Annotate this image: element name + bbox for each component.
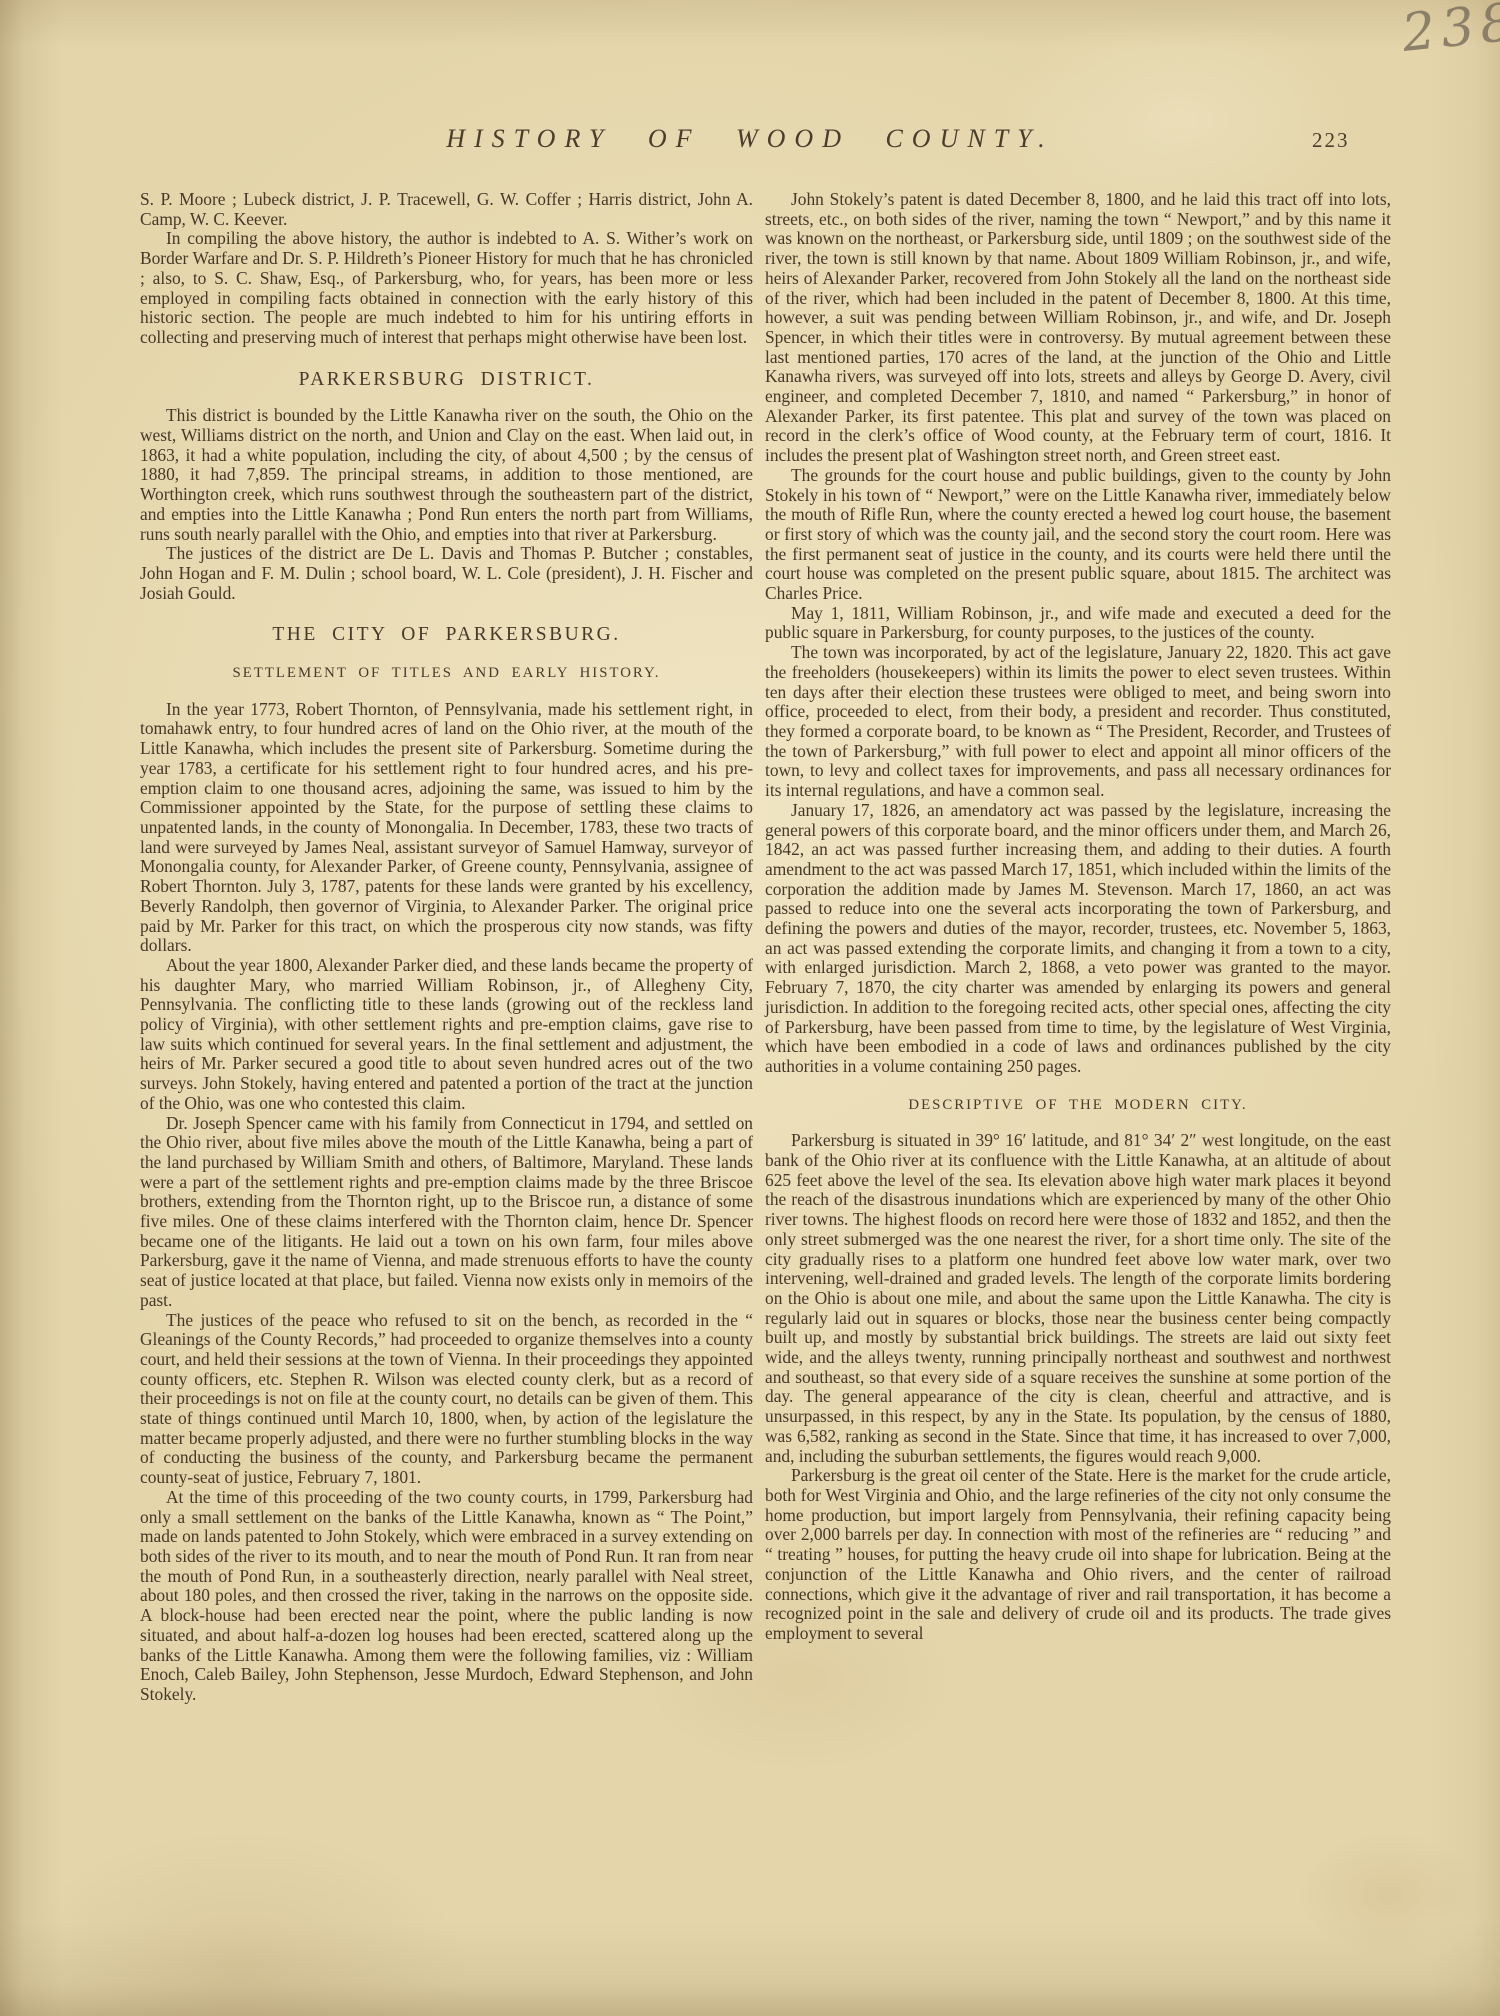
paragraph: May 1, 1811, William Robinson, jr., and … (765, 604, 1391, 643)
handwritten-page-note: 238 (1399, 0, 1500, 64)
paragraph: In the year 1773, Robert Thornton, of Pe… (140, 700, 753, 956)
paragraph: The grounds for the court house and publ… (765, 466, 1391, 604)
subsection-heading: DESCRIPTIVE OF THE MODERN CITY. (765, 1096, 1391, 1116)
paragraph: The town was incorporated, by act of the… (765, 643, 1391, 801)
paragraph: This district is bounded by the Little K… (140, 406, 753, 544)
paragraph: In compiling the above history, the auth… (140, 229, 753, 347)
paragraph: The justices of the peace who refused to… (140, 1311, 753, 1488)
left-text-column: S. P. Moore ; Lubeck district, J. P. Tra… (140, 190, 753, 1705)
paragraph: Dr. Joseph Spencer came with his family … (140, 1114, 753, 1311)
subsection-heading: SETTLEMENT OF TITLES AND EARLY HISTORY. (140, 664, 753, 684)
section-heading: THE CITY OF PARKERSBURG. (140, 625, 753, 645)
paragraph: Parkersburg is situated in 39° 16′ latit… (765, 1131, 1391, 1466)
paragraph: The justices of the district are De L. D… (140, 544, 753, 603)
paragraph: John Stokely’s patent is dated December … (765, 190, 1391, 466)
paragraph: About the year 1800, Alexander Parker di… (140, 956, 753, 1114)
section-heading: PARKERSBURG DISTRICT. (140, 370, 753, 390)
paragraph: S. P. Moore ; Lubeck district, J. P. Tra… (140, 190, 753, 229)
paragraph: Parkersburg is the great oil center of t… (765, 1466, 1391, 1643)
running-title: HISTORY OF WOOD COUNTY. (0, 124, 1500, 154)
book-page: 238 HISTORY OF WOOD COUNTY. 223 S. P. Mo… (0, 0, 1500, 2016)
page-number: 223 (1312, 128, 1350, 153)
paragraph: January 17, 1826, an amendatory act was … (765, 801, 1391, 1077)
paragraph: At the time of this proceeding of the tw… (140, 1488, 753, 1705)
right-text-column: John Stokely’s patent is dated December … (765, 190, 1391, 1644)
